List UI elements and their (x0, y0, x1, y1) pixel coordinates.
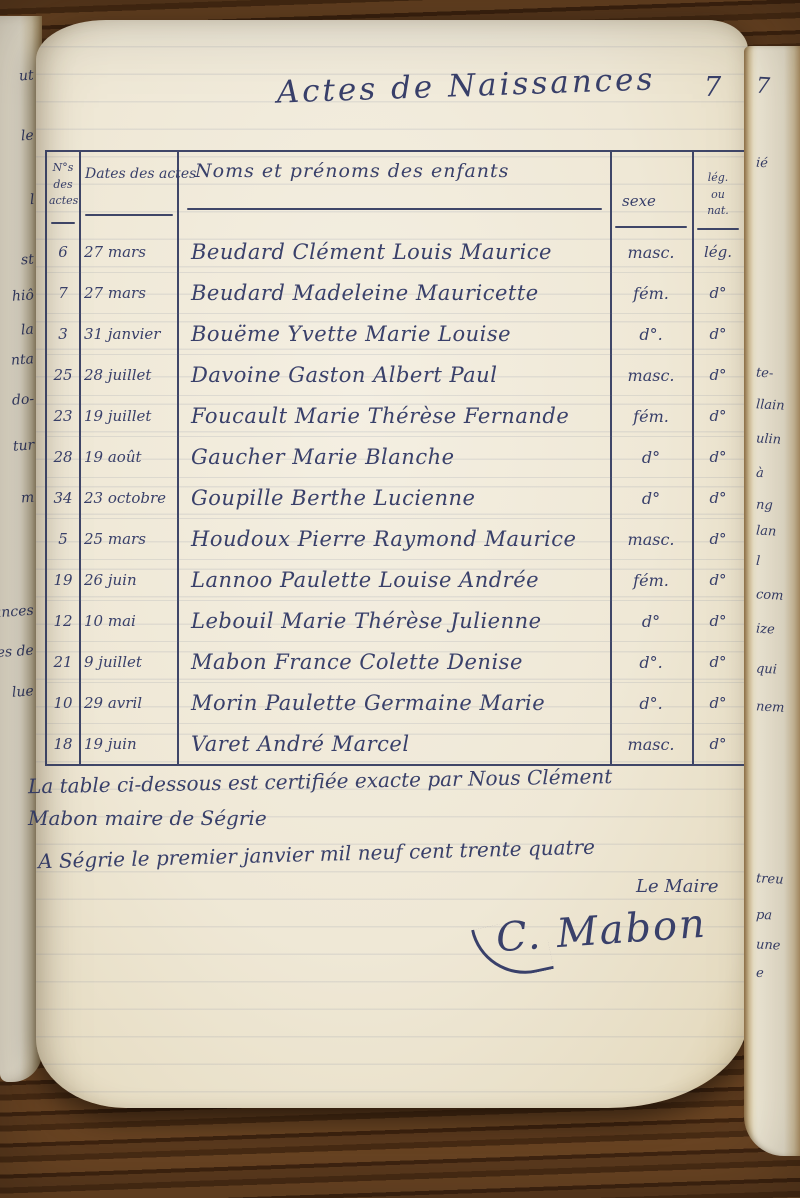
act-date: 19 août (79, 448, 177, 466)
child-name: Lannoo Paulette Louise Andrée (177, 568, 610, 592)
table-row: 5 25 mars Houdoux Pierre Raymond Maurice… (47, 519, 744, 560)
child-name: Goupille Berthe Lucienne (177, 486, 610, 510)
child-name: Morin Paulette Germaine Marie (177, 691, 610, 715)
edge-text-fragment: nta (10, 351, 34, 369)
edge-text-fragment: ances (0, 603, 35, 622)
legitimacy-value: d° (692, 407, 744, 425)
legitimacy-value: d° (692, 284, 744, 302)
header-underline (187, 208, 602, 210)
edge-text-fragment: l (29, 192, 35, 208)
table-body: 6 27 mars Beudard Clément Louis Maurice … (47, 232, 744, 764)
legitimacy-value: d° (692, 571, 744, 589)
header-underline (697, 228, 739, 230)
legitimacy-value: d° (692, 366, 744, 384)
table-row: 25 28 juillet Davoine Gaston Albert Paul… (47, 355, 744, 396)
table-row: 19 26 juin Lannoo Paulette Louise Andrée… (47, 560, 744, 601)
edge-text-fragment: qui (756, 661, 778, 677)
act-number: 10 (47, 694, 79, 712)
edge-text-fragment: lue (12, 683, 35, 700)
header-act-number: N°s des actes (49, 160, 77, 210)
mayor-signature: C. Mabon (495, 901, 709, 962)
act-date: 27 mars (79, 284, 177, 302)
sexe-value: fém. (610, 284, 692, 303)
act-number: 7 (47, 284, 79, 302)
sexe-value: fém. (610, 571, 692, 590)
page-number: 7 (704, 72, 721, 103)
act-date: 31 janvier (79, 325, 177, 343)
page-stack-edge: 7 ié te- llain ulin à ng lan l com ize q… (744, 46, 800, 1156)
header-underline (615, 226, 687, 228)
act-date: 23 octobre (79, 489, 177, 507)
child-name: Bouëme Yvette Marie Louise (177, 322, 610, 346)
act-number: 5 (47, 530, 79, 548)
child-name: Mabon France Colette Denise (177, 650, 610, 674)
edge-page-number: 7 (755, 74, 770, 100)
le-maire-label: Le Maire (636, 876, 719, 897)
child-name: Varet André Marcel (177, 732, 610, 756)
act-date: 25 mars (79, 530, 177, 548)
table-row: 23 19 juillet Foucault Marie Thérèse Fer… (47, 396, 744, 437)
certification-line-3: A Ségrie le premier janvier mil neuf cen… (38, 835, 595, 874)
header-sexe: sexe (622, 192, 656, 210)
act-number: 6 (47, 243, 79, 261)
edge-text-fragment: lan (756, 523, 777, 539)
act-date: 28 juillet (79, 366, 177, 384)
table-row: 12 10 mai Lebouil Marie Thérèse Julienne… (47, 601, 744, 642)
act-date: 19 juillet (79, 407, 177, 425)
act-number: 23 (47, 407, 79, 425)
edge-text-fragment: à (756, 466, 765, 481)
legitimacy-value: lég. (692, 243, 744, 261)
edge-text-fragment: st (21, 252, 35, 269)
table-row: 21 9 juillet Mabon France Colette Denise… (47, 642, 744, 683)
sexe-value: masc. (610, 735, 692, 754)
act-date: 26 juin (79, 571, 177, 589)
act-date: 29 avril (79, 694, 177, 712)
edge-text-fragment: tur (12, 437, 34, 454)
table-row: 6 27 mars Beudard Clément Louis Maurice … (47, 232, 744, 273)
edge-text-fragment: e (756, 966, 764, 981)
sexe-value: masc. (610, 530, 692, 549)
sexe-value: fém. (610, 407, 692, 426)
act-date: 27 mars (79, 243, 177, 261)
header-act-date: Dates des actes (85, 166, 196, 182)
edge-text-fragment: m (20, 490, 34, 507)
photographed-register-book: ut le l st hiô la nta do- tur m ances te… (0, 0, 800, 1198)
edge-text-fragment: ulin (756, 431, 782, 447)
table-header: N°s des actes Dates des actes Noms et pr… (47, 152, 744, 232)
act-number: 28 (47, 448, 79, 466)
act-number: 21 (47, 653, 79, 671)
legitimacy-value: d° (692, 735, 744, 753)
legitimacy-value: d° (692, 612, 744, 630)
act-number: 19 (47, 571, 79, 589)
act-date: 9 juillet (79, 653, 177, 671)
edge-text-fragment: hiô (12, 287, 35, 304)
header-underline (85, 214, 173, 216)
header-underline (51, 222, 75, 224)
table-row: 18 19 juin Varet André Marcel masc. d° (47, 724, 744, 764)
child-name: Beudard Madeleine Mauricette (177, 281, 610, 305)
act-number: 12 (47, 612, 79, 630)
table-row: 34 23 octobre Goupille Berthe Lucienne d… (47, 478, 744, 519)
act-number: 18 (47, 735, 79, 753)
edge-text-fragment: ng (756, 498, 773, 514)
sexe-value: d°. (610, 694, 692, 713)
act-date: 10 mai (79, 612, 177, 630)
sexe-value: d° (610, 448, 692, 467)
child-name: Beudard Clément Louis Maurice (177, 240, 610, 264)
sexe-value: masc. (610, 366, 692, 385)
edge-text-fragment: le (21, 128, 35, 145)
legitimacy-value: d° (692, 448, 744, 466)
sexe-value: d° (610, 612, 692, 631)
edge-text-fragment: la (21, 322, 35, 339)
page-title: Actes de Naissances (246, 60, 687, 111)
header-legitimacy: lég. ou nat. (697, 170, 739, 220)
sexe-value: d°. (610, 325, 692, 344)
child-name: Gaucher Marie Blanche (177, 445, 610, 469)
legitimacy-value: d° (692, 530, 744, 548)
child-name: Houdoux Pierre Raymond Maurice (177, 527, 610, 551)
edge-text-fragment: do- (11, 391, 34, 409)
child-name: Davoine Gaston Albert Paul (177, 363, 610, 387)
legitimacy-value: d° (692, 694, 744, 712)
table-row: 10 29 avril Morin Paulette Germaine Mari… (47, 683, 744, 724)
sexe-value: d° (610, 489, 692, 508)
legitimacy-value: d° (692, 489, 744, 507)
edge-text-fragment: une (756, 937, 781, 953)
register-page: Actes de Naissances 7 N°s des actes Date… (36, 20, 748, 1108)
births-table: N°s des actes Dates des actes Noms et pr… (45, 150, 746, 766)
act-date: 19 juin (79, 735, 177, 753)
edge-text-fragment: ié (756, 156, 769, 172)
act-number: 3 (47, 325, 79, 343)
edge-text-fragment: com (756, 587, 784, 603)
table-row: 3 31 janvier Bouëme Yvette Marie Louise … (47, 314, 744, 355)
sexe-value: masc. (610, 243, 692, 262)
edge-text-fragment: l (756, 554, 761, 569)
header-child-name: Noms et prénoms des enfants (195, 160, 509, 182)
child-name: Lebouil Marie Thérèse Julienne (177, 609, 610, 633)
edge-text-fragment: pa (756, 908, 773, 924)
edge-text-fragment: ize (756, 622, 775, 638)
sexe-value: d°. (610, 653, 692, 672)
table-row: 28 19 août Gaucher Marie Blanche d° d° (47, 437, 744, 478)
child-name: Foucault Marie Thérèse Fernande (177, 404, 610, 428)
certification-line-1: La table ci-dessous est certifiée exacte… (28, 762, 748, 799)
edge-text-fragment: ut (19, 68, 35, 85)
edge-text-fragment: treu (756, 871, 784, 887)
edge-text-fragment: llain (756, 397, 785, 413)
legitimacy-value: d° (692, 325, 744, 343)
act-number: 25 (47, 366, 79, 384)
table-row: 7 27 mars Beudard Madeleine Mauricette f… (47, 273, 744, 314)
edge-text-fragment: tes de (0, 643, 35, 662)
act-number: 34 (47, 489, 79, 507)
edge-text-fragment: nem (756, 699, 785, 715)
certification-line-2: Mabon maire de Ségrie (28, 806, 267, 830)
edge-text-fragment: te- (756, 366, 774, 382)
legitimacy-value: d° (692, 653, 744, 671)
